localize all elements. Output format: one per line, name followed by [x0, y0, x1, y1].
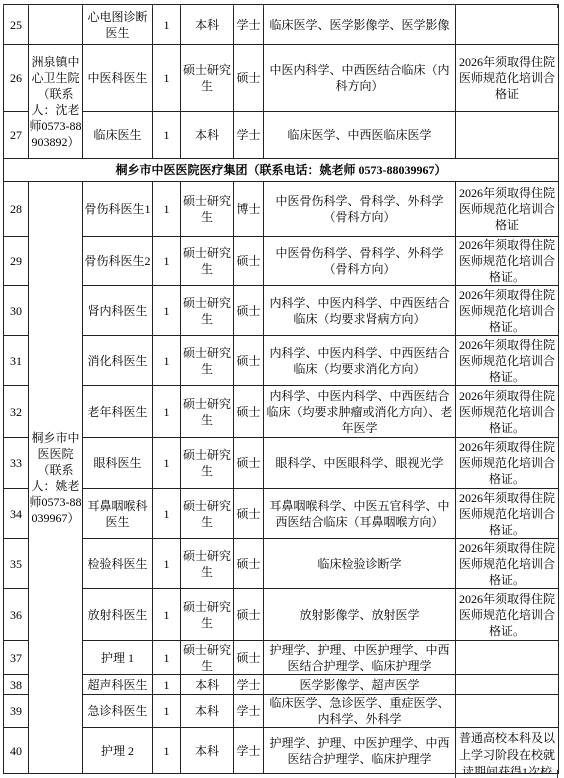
column-border-stub	[152, 4, 153, 8]
cell-headcount: 1	[153, 675, 181, 695]
recruitment-table: 25 心电图诊断医生 1 本科 学士 临床医学、医学影像学、医学影像 26 洲泉…	[3, 4, 559, 774]
table-row-34: 34 耳鼻咽喉科医生 1 硕士研究生 硕士 耳鼻咽喉科学、中医五官科学、中西医结…	[4, 489, 559, 539]
cell-degree: 硕士	[234, 45, 264, 112]
table-row-32: 32 老年科医生 1 硕士研究生 硕士 内科学、中医内科学、中西医结合临床（均要…	[4, 386, 559, 438]
table-row-36: 36 放射科医生 1 硕士研究生 硕士 放射影像学、放射医学 2026年须取得住…	[4, 589, 559, 641]
cell-major: 内科学、中医内科学、中西医结合临床（均要求消化方向）	[264, 336, 456, 386]
cell-major: 中医骨伤科学、骨科学、外科学（骨科方向）	[264, 182, 456, 237]
cell-education: 硕士研究生	[181, 45, 234, 112]
cell-serial-number: 26	[4, 45, 29, 112]
column-border-stub	[557, 4, 558, 8]
cell-position: 放射科医生	[83, 589, 153, 641]
column-border-stub	[233, 4, 234, 8]
cell-headcount: 1	[153, 182, 181, 237]
cell-remark: 2026年须取得住院医师规范化培训合格证。	[456, 336, 559, 386]
cell-major: 中医骨伤科学、骨科学、外科学（骨科方向）	[264, 237, 456, 286]
cell-position: 消化科医生	[83, 336, 153, 386]
cell-degree: 硕士	[234, 489, 264, 539]
column-border-stub	[557, 770, 558, 778]
cell-major: 临床医学、急诊医学、重症医学、内科学、外科学	[264, 695, 456, 728]
cell-position: 超声科医生	[83, 675, 153, 695]
cell-degree: 硕士	[234, 386, 264, 438]
column-border-stub	[455, 770, 456, 778]
cell-headcount: 1	[153, 112, 181, 159]
cell-degree: 硕士	[234, 237, 264, 286]
cell-remark: 2026年须取得住院医师规范化培训合格证。	[456, 489, 559, 539]
cell-remark: 2026年须取得住院医师规范化培训合格证。	[456, 589, 559, 641]
cell-serial-number: 30	[4, 286, 29, 336]
table-row-30: 30 肾内科医生 1 硕士研究生 硕士 内科学、中医内科学、中西医结合临床（均要…	[4, 286, 559, 336]
cell-unit-zhouquan: 洲泉镇中心卫生院（联系人：沈老师0573-88903892）	[29, 45, 83, 159]
cell-headcount: 1	[153, 386, 181, 438]
cell-position: 检验科医生	[83, 539, 153, 589]
table-row-29: 29 骨伤科医生2 1 硕士研究生 硕士 中医骨伤科学、骨科学、外科学（骨科方向…	[4, 237, 559, 286]
cell-position: 耳鼻咽喉科医生	[83, 489, 153, 539]
cell-major: 耳鼻咽喉科学、中医五官科学、中西医结合临床（耳鼻咽喉方向）	[264, 489, 456, 539]
cell-headcount: 1	[153, 539, 181, 589]
cell-serial-number: 39	[4, 695, 29, 728]
cell-serial-number: 38	[4, 675, 29, 695]
cell-position: 护理 1	[83, 641, 153, 675]
table-row-40: 40 护理 2 1 本科 学士 护理学、护理、中医护理学、中西医结合护理学、临床…	[4, 728, 559, 774]
cell-serial-number: 40	[4, 728, 29, 774]
cell-remark: 2026年须取得住院医师规范化培训合格证。	[456, 386, 559, 438]
cell-major: 内科学、中医内科学、中西医结合临床（均要求肾病方向）	[264, 286, 456, 336]
cell-remark	[456, 675, 559, 695]
table-row-35: 35 检验科医生 1 硕士研究生 硕士 临床检验诊断学 2026年须取得住院医师…	[4, 539, 559, 589]
cell-headcount: 1	[153, 286, 181, 336]
cell-serial-number: 37	[4, 641, 29, 675]
cell-major: 护理学、护理、中医护理学、中西医结合护理学、临床护理学	[264, 641, 456, 675]
cell-education: 硕士研究生	[181, 286, 234, 336]
cell-education: 本科	[181, 728, 234, 774]
cell-serial-number: 27	[4, 112, 29, 159]
cell-serial-number: 32	[4, 386, 29, 438]
cell-headcount: 1	[153, 695, 181, 728]
cell-education: 硕士研究生	[181, 336, 234, 386]
cell-serial-number: 35	[4, 539, 29, 589]
cell-degree: 学士	[234, 728, 264, 774]
cell-remark	[456, 695, 559, 728]
column-border-stub	[82, 4, 83, 8]
cell-major: 医学影像学、超声医学	[264, 675, 456, 695]
cell-major: 临床医学、医学影像学、医学影像	[264, 5, 456, 45]
cell-remark: 2026年须取得住院医师规范化培训合格证	[456, 182, 559, 237]
cell-serial-number: 25	[4, 5, 29, 45]
table-row-25: 25 心电图诊断医生 1 本科 学士 临床医学、医学影像学、医学影像	[4, 5, 559, 45]
cell-degree: 学士	[234, 112, 264, 159]
column-border-stub	[455, 4, 456, 8]
table-row-27: 27 临床医生 1 本科 学士 临床医学、中西医临床医学	[4, 112, 559, 159]
cell-remark-truncated: 普通高校本科及以上学习阶段在校就读期间获得1次校	[456, 728, 559, 774]
cell-headcount: 1	[153, 589, 181, 641]
cell-degree: 学士	[234, 5, 264, 45]
cell-major: 放射影像学、放射医学	[264, 589, 456, 641]
cell-remark: 2026年须取得住院医师规范化培训合格证。	[456, 438, 559, 489]
cell-headcount: 1	[153, 438, 181, 489]
cell-position: 急诊科医生	[83, 695, 153, 728]
cell-position: 骨伤科医生2	[83, 237, 153, 286]
cell-serial-number: 29	[4, 237, 29, 286]
cell-serial-number: 28	[4, 182, 29, 237]
cell-education: 硕士研究生	[181, 182, 234, 237]
column-border-stub	[180, 4, 181, 8]
cell-degree: 学士	[234, 695, 264, 728]
remark-truncated-text: 普通高校本科及以上学习阶段在校就读期间获得1次校	[458, 730, 556, 774]
cell-headcount: 1	[153, 641, 181, 675]
cell-education: 本科	[181, 5, 234, 45]
cell-education: 硕士研究生	[181, 539, 234, 589]
table-row-28: 28 桐乡市中医医院（联系人：姚老师0573-88039967） 骨伤科医生1 …	[4, 182, 559, 237]
document-page: 25 心电图诊断医生 1 本科 学士 临床医学、医学影像学、医学影像 26 洲泉…	[0, 4, 564, 778]
cell-serial-number: 31	[4, 336, 29, 386]
cell-education: 硕士研究生	[181, 438, 234, 489]
cell-education: 本科	[181, 695, 234, 728]
cell-position: 老年科医生	[83, 386, 153, 438]
cell-degree: 博士	[234, 182, 264, 237]
cell-education: 硕士研究生	[181, 641, 234, 675]
cell-serial-number: 33	[4, 438, 29, 489]
cell-degree: 硕士	[234, 286, 264, 336]
cell-remark	[456, 5, 559, 45]
cell-major: 中医内科学、中西医结合临床（内科方向）	[264, 45, 456, 112]
section-header-tcm-hospital-group: 桐乡市中医医院医疗集团（联系电话：姚老师 0573-88039967）	[4, 159, 559, 182]
table-row-33: 33 眼科医生 1 硕士研究生 硕士 眼科学、中医眼科学、眼视光学 2026年须…	[4, 438, 559, 489]
table-row-38: 38 超声科医生 1 本科 学士 医学影像学、超声医学	[4, 675, 559, 695]
cell-position: 眼科医生	[83, 438, 153, 489]
column-border-stub	[263, 4, 264, 8]
cell-unit	[29, 5, 83, 45]
cell-position: 临床医生	[83, 112, 153, 159]
cell-degree: 硕士	[234, 336, 264, 386]
cell-education: 硕士研究生	[181, 386, 234, 438]
cell-education: 硕士研究生	[181, 489, 234, 539]
cell-degree: 学士	[234, 675, 264, 695]
cell-education: 本科	[181, 675, 234, 695]
cell-education: 硕士研究生	[181, 589, 234, 641]
cell-education: 硕士研究生	[181, 237, 234, 286]
cell-remark	[456, 641, 559, 675]
cell-major: 护理学、护理、中医护理学、中西医结合护理学、临床护理学	[264, 728, 456, 774]
section-header-row: 桐乡市中医医院医疗集团（联系电话：姚老师 0573-88039967）	[4, 159, 559, 182]
cell-remark: 2026年须取得住院医师规范化培训合格证。	[456, 286, 559, 336]
cell-position: 心电图诊断医生	[83, 5, 153, 45]
cell-major: 临床医学、中西医临床医学	[264, 112, 456, 159]
table-row-37: 37 护理 1 1 硕士研究生 硕士 护理学、护理、中医护理学、中西医结合护理学…	[4, 641, 559, 675]
cell-serial-number: 34	[4, 489, 29, 539]
cell-headcount: 1	[153, 45, 181, 112]
cell-position: 肾内科医生	[83, 286, 153, 336]
cell-serial-number: 36	[4, 589, 29, 641]
cell-major: 临床检验诊断学	[264, 539, 456, 589]
cell-education: 本科	[181, 112, 234, 159]
cell-headcount: 1	[153, 336, 181, 386]
cell-remark: 2026年须取得住院医师规范化培训合格证。	[456, 237, 559, 286]
cell-remark: 2026年须取得住院医师规范化培训合格证。	[456, 539, 559, 589]
cell-unit-tcm-hospital: 桐乡市中医医院（联系人：姚老师0573-88039967）	[29, 182, 83, 774]
cell-position: 中医科医生	[83, 45, 153, 112]
cell-degree: 硕士	[234, 641, 264, 675]
table-row-31: 31 消化科医生 1 硕士研究生 硕士 内科学、中医内科学、中西医结合临床（均要…	[4, 336, 559, 386]
cell-headcount: 1	[153, 5, 181, 45]
cell-headcount: 1	[153, 237, 181, 286]
column-border-stub	[3, 4, 4, 8]
cell-major: 内科学、中医内科学、中西医结合临床（均要求肿瘤或消化方向）、老年医学	[264, 386, 456, 438]
cell-degree: 硕士	[234, 539, 264, 589]
cell-degree: 硕士	[234, 438, 264, 489]
cell-remark: 2026年须取得住院医师规范化培训合格证	[456, 45, 559, 112]
table-row-39: 39 急诊科医生 1 本科 学士 临床医学、急诊医学、重症医学、内科学、外科学	[4, 695, 559, 728]
cell-position: 骨伤科医生1	[83, 182, 153, 237]
cell-position: 护理 2	[83, 728, 153, 774]
cell-degree: 硕士	[234, 589, 264, 641]
table-row-26: 26 洲泉镇中心卫生院（联系人：沈老师0573-88903892） 中医科医生 …	[4, 45, 559, 112]
cell-headcount: 1	[153, 728, 181, 774]
cell-remark	[456, 112, 559, 159]
column-border-stub	[28, 4, 29, 8]
cell-headcount: 1	[153, 489, 181, 539]
cell-major: 眼科学、中医眼科学、眼视光学	[264, 438, 456, 489]
